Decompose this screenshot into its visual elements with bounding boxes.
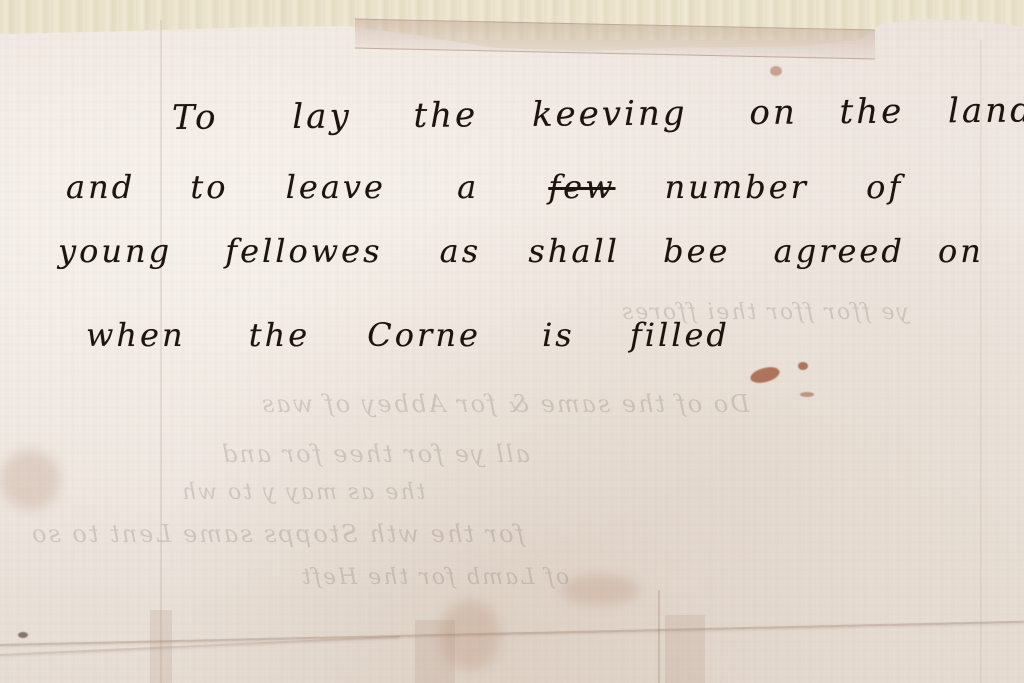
- word: when: [86, 316, 186, 354]
- manuscript-line-1: To lay the keeving on the land: [172, 90, 1024, 138]
- bleed-through-line: of Lamb for the Heft: [300, 565, 569, 590]
- word: and: [66, 168, 135, 206]
- word: the: [249, 316, 310, 354]
- bleed-through-line: Do of the same & for Abbey of was: [260, 390, 749, 418]
- word: Corne: [367, 316, 481, 354]
- word: on: [749, 93, 798, 133]
- water-stain: [560, 575, 640, 605]
- word: fellowes: [225, 232, 382, 270]
- water-stain: [440, 600, 500, 670]
- word: To: [172, 98, 219, 138]
- word: a: [457, 168, 479, 206]
- word: land: [948, 90, 1024, 131]
- word: shall: [528, 232, 620, 270]
- word: the: [839, 92, 904, 133]
- word: bee: [663, 232, 730, 270]
- fold-line-vertical: [980, 40, 982, 683]
- word: is: [542, 316, 575, 354]
- fold-line-vertical: [658, 590, 660, 683]
- bleed-through-line: all ye for thee for and: [220, 440, 530, 468]
- word: as: [440, 232, 482, 270]
- stain: [18, 632, 28, 638]
- stain: [798, 362, 808, 370]
- manuscript-line-2: and to leave a few number of: [66, 168, 931, 206]
- word: to: [190, 168, 228, 206]
- word: number: [665, 168, 809, 206]
- word: on: [938, 232, 984, 270]
- word: agreed: [774, 232, 905, 270]
- word: young: [58, 232, 172, 270]
- struck-word: few: [548, 168, 615, 206]
- manuscript-line-4: when the Corne is filled: [86, 316, 758, 354]
- manuscript-line-3: young fellowes as shall bee agreed on: [58, 232, 1012, 270]
- word: filled: [630, 316, 730, 354]
- bleed-through-line: the as may y to wh: [180, 480, 425, 505]
- stain: [800, 392, 814, 397]
- water-stain: [0, 450, 60, 510]
- fold-shadow: [150, 610, 172, 683]
- fold-shadow: [665, 615, 705, 683]
- stain: [770, 66, 782, 76]
- word: of: [866, 168, 903, 206]
- manuscript-photo: ye ffor ffor thei ffores Do of the same …: [0, 0, 1024, 683]
- word: keeving: [532, 94, 688, 135]
- word: the: [413, 95, 478, 136]
- word: leave: [286, 168, 386, 206]
- bleed-through-line: for the wth Stopps same Lent to so: [30, 520, 524, 548]
- word: lay: [292, 96, 352, 137]
